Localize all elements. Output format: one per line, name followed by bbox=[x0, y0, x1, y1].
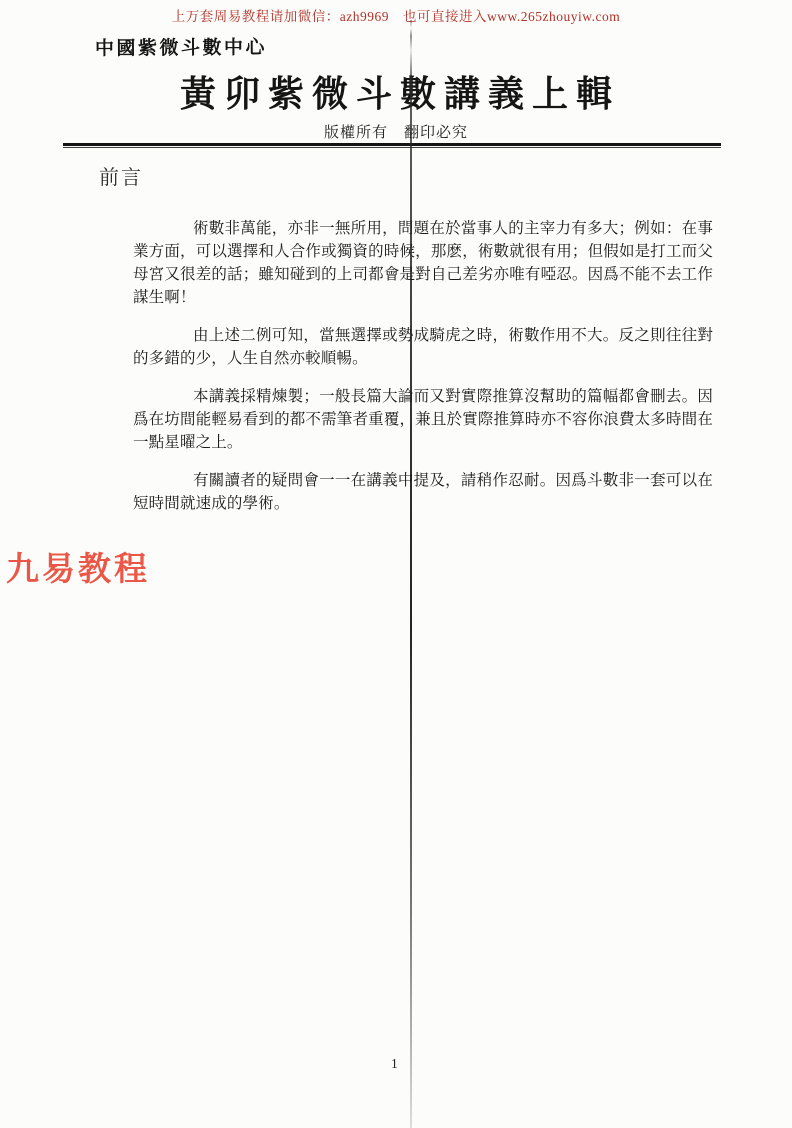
title-divider-rule bbox=[63, 143, 721, 149]
scan-fold-line bbox=[410, 20, 412, 1128]
paragraph: 本講義採精煉製；一般長篇大論而又對實際推算沒幫助的篇幅都會刪去。因爲在坊間能輕易… bbox=[133, 385, 713, 454]
section-heading-preface: 前言 bbox=[99, 161, 143, 190]
page-number: 1 bbox=[391, 1056, 398, 1072]
paragraph: 術數非萬能，亦非一無所用，問題在於當事人的主宰力有多大；例如：在事業方面，可以選… bbox=[133, 217, 713, 309]
promo-banner: 上万套周易教程请加微信：azh9969 也可直接进入www.265zhouyiw… bbox=[0, 5, 792, 25]
paragraph: 有關讀者的疑問會一一在講義中提及，請稍作忍耐。因爲斗數非一套可以在短時間就速成的… bbox=[133, 469, 713, 515]
org-name: 中國紫微斗數中心 bbox=[95, 32, 267, 60]
paragraph-list: 術數非萬能，亦非一無所用，問題在於當事人的主宰力有多大；例如：在事業方面，可以選… bbox=[133, 217, 713, 530]
paragraph: 由上述二例可知，當無選擇或勢成騎虎之時，術數作用不大。反之則往往對的多錯的少，人… bbox=[133, 324, 713, 370]
document-page: 上万套周易教程请加微信：azh9969 也可直接进入www.265zhouyiw… bbox=[0, 0, 792, 1128]
doc-title: 黃卯紫微斗數講義上輯 bbox=[0, 66, 792, 117]
copyright-notice: 版權所有 翻印必究 bbox=[0, 121, 792, 142]
watermark-text: 九易教程 bbox=[6, 543, 150, 590]
